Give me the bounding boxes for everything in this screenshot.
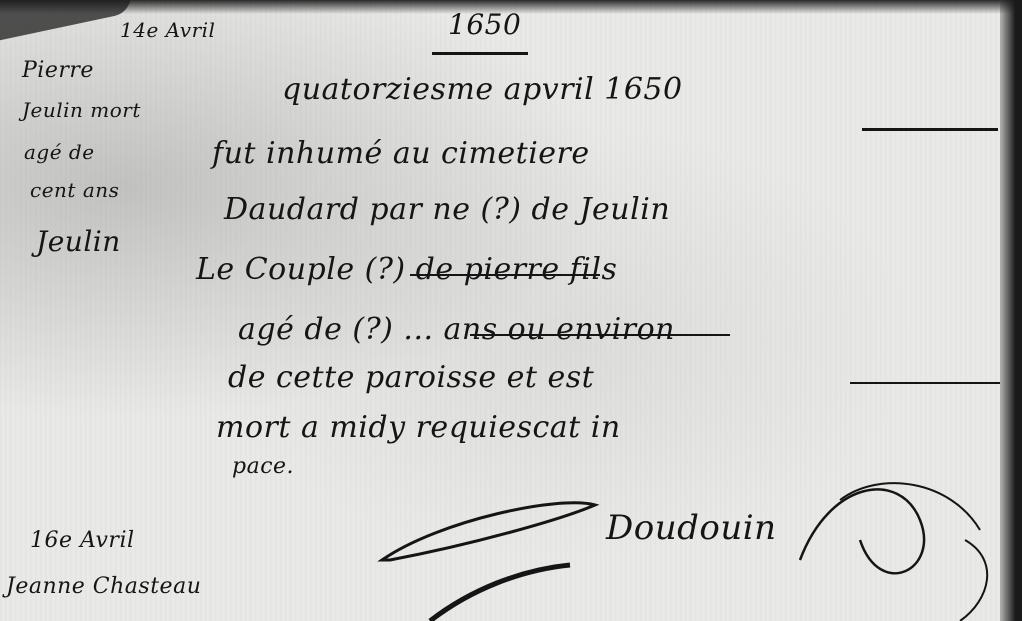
margin-name-2: Jeanne Chasteau: [6, 574, 201, 599]
body-line-4: Le Couple (?) de pierre fils: [196, 252, 617, 287]
page-corner-shadow: [0, 0, 134, 47]
line-end-dash-1: [862, 128, 998, 131]
margin-note-line-5: Jeulin: [36, 225, 121, 258]
strikethrough-5: [470, 334, 730, 336]
margin-note-line-2: Jeulin mort: [22, 98, 141, 122]
body-line-5: agé de (?) ... ans ou environ: [238, 312, 675, 347]
year-underline: [432, 52, 528, 55]
margin-date-1: 14e Avril: [120, 18, 215, 42]
body-line-1: quatorziesme apvril 1650: [282, 72, 683, 107]
body-line-8: pace.: [232, 454, 294, 479]
page-right-edge: [1000, 0, 1022, 621]
body-line-7: mort a midy requiescat in: [216, 410, 621, 445]
manuscript-page: 1650 14e Avril Pierre Jeulin mort agé de…: [0, 0, 1022, 621]
strikethrough-4: [410, 274, 600, 276]
header-year: 1650: [448, 8, 521, 41]
line-end-dash-6: [850, 382, 1000, 384]
body-line-2: fut inhumé au cimetiere: [212, 136, 590, 171]
signature: Doudouin: [606, 508, 777, 548]
body-line-6: de cette paroisse et est: [228, 360, 594, 395]
margin-note-line-1: Pierre: [22, 58, 94, 83]
body-line-3: Daudard par ne (?) de Jeulin: [224, 192, 670, 227]
margin-note-line-3: agé de: [24, 140, 95, 164]
margin-note-line-4: cent ans: [30, 178, 119, 202]
margin-date-2: 16e Avril: [30, 528, 135, 553]
